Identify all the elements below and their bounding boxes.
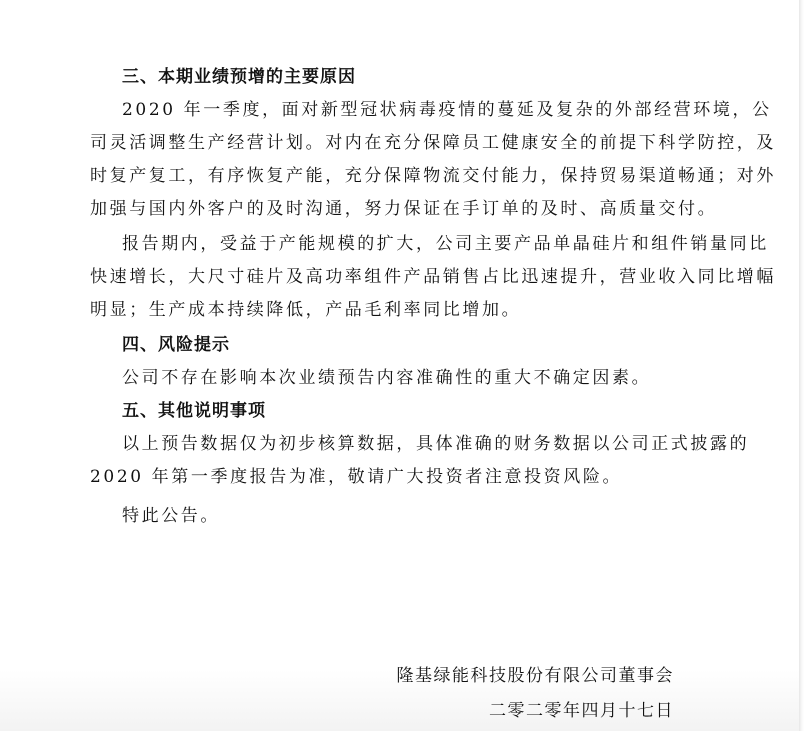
page-edge-divider bbox=[799, 0, 804, 731]
paragraph-line: 2020 年一季度，面对新型冠状病毒疫情的蔓延及复杂的外部经营环境，公 bbox=[122, 98, 722, 122]
signature-date: 二零二零年四月十七日 bbox=[489, 699, 674, 723]
section-heading-reasons: 三、本期业绩预增的主要原因 bbox=[122, 65, 722, 89]
paragraph-line: 加强与国内外客户的及时沟通，努力保证在手订单的及时、高质量交付。 bbox=[90, 197, 690, 221]
closing-statement: 特此公告。 bbox=[122, 504, 722, 528]
section-heading-other: 五、其他说明事项 bbox=[122, 399, 722, 423]
paragraph-line: 时复产复工，有序恢复产能，充分保障物流交付能力，保持贸易渠道畅通；对外 bbox=[90, 164, 690, 188]
paragraph-line: 司灵活调整生产经营计划。对内在充分保障员工健康安全的前提下科学防控，及 bbox=[90, 131, 690, 155]
paragraph-line: 2020 年第一季度报告为准，敬请广大投资者注意投资风险。 bbox=[90, 465, 690, 489]
paragraph-line: 快速增长，大尺寸硅片及高功率组件产品销售占比迅速提升，营业收入同比增幅 bbox=[90, 265, 690, 289]
document-page: 三、本期业绩预增的主要原因 2020 年一季度，面对新型冠状病毒疫情的蔓延及复杂… bbox=[0, 0, 800, 731]
paragraph-line: 报告期内，受益于产能规模的扩大，公司主要产品单晶硅片和组件销量同比 bbox=[122, 232, 722, 256]
signature-company: 隆基绿能科技股份有限公司董事会 bbox=[397, 664, 675, 688]
paragraph-line: 以上预告数据仅为初步核算数据，具体准确的财务数据以公司正式披露的 bbox=[122, 432, 722, 456]
paragraph-line: 明显；生产成本持续降低，产品毛利率同比增加。 bbox=[90, 298, 690, 322]
paragraph-line: 公司不存在影响本次业绩预告内容准确性的重大不确定因素。 bbox=[122, 366, 722, 390]
section-heading-risk: 四、风险提示 bbox=[122, 333, 722, 357]
